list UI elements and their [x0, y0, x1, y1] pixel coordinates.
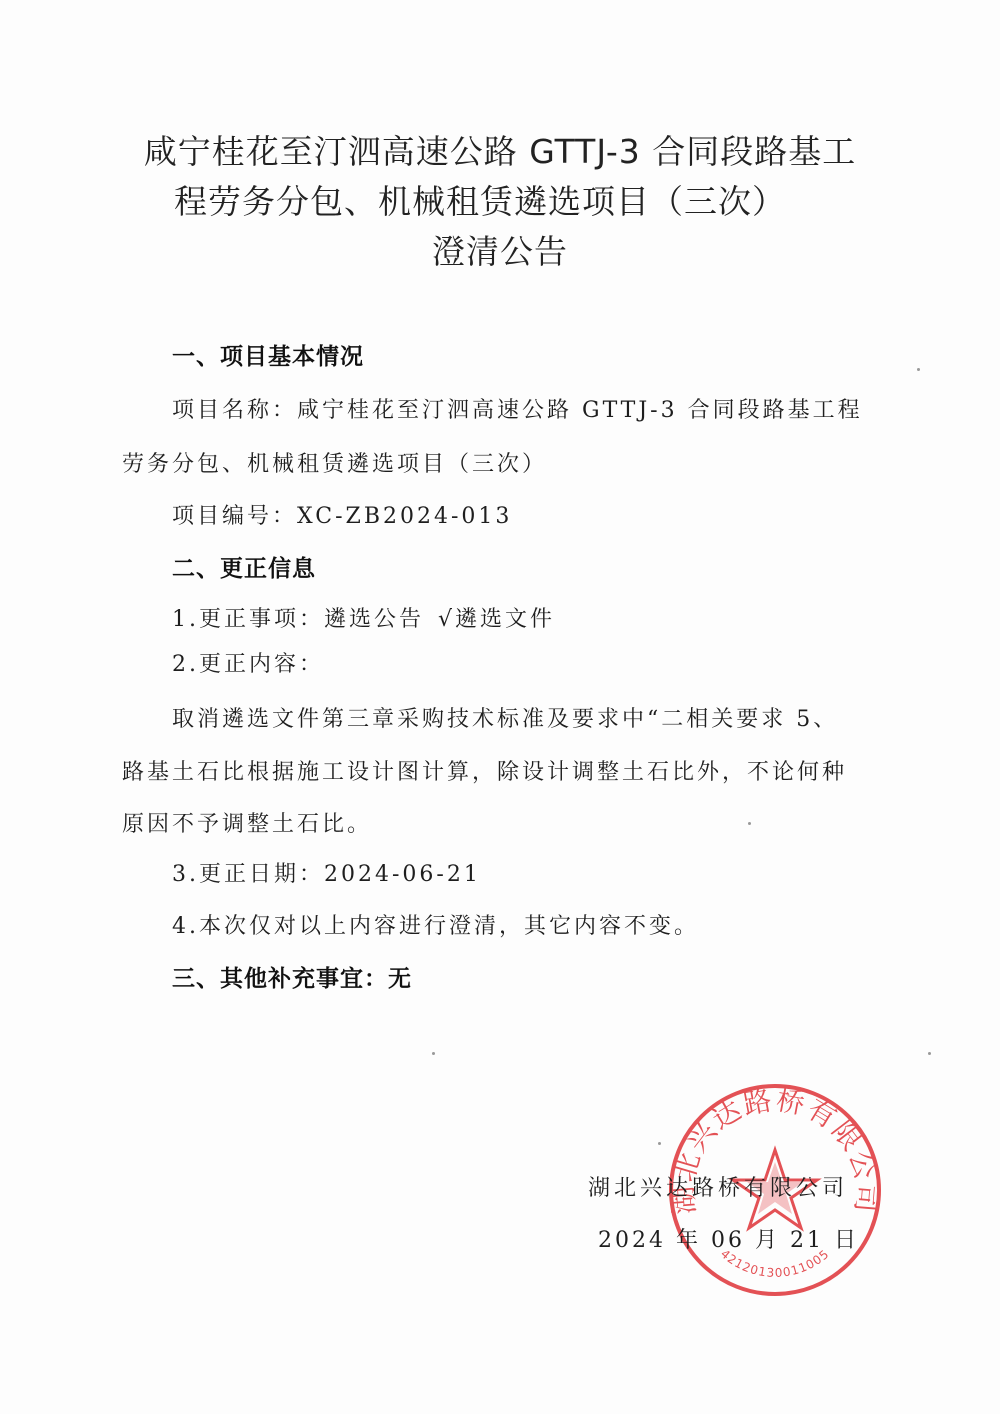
title-line-3: 澄清公告 — [0, 232, 1000, 272]
correction-content-line1: 取消遴选文件第三章采购技术标准及要求中“二相关要求 5、 — [172, 705, 838, 735]
section2-heading: 二、更正信息 — [172, 554, 316, 584]
correction-content-line3: 原因不予调整土石比。 — [122, 810, 372, 840]
correction-item-1-label: 1.更正事项：遴选公告 — [172, 607, 424, 632]
signature-date: 2024 年 06 月 21 日 — [598, 1226, 859, 1256]
project-name-line2: 劳务分包、机械租赁遴选项目（三次） — [122, 450, 547, 480]
correction-item-4: 4.本次仅对以上内容进行澄清，其它内容不变。 — [172, 912, 699, 942]
scan-speck — [917, 368, 920, 371]
scan-speck — [748, 822, 751, 825]
title-line-1: 咸宁桂花至汀泗高速公路 GTTJ-3 合同段路基工 — [0, 132, 1000, 172]
document-page: 咸宁桂花至汀泗高速公路 GTTJ-3 合同段路基工 程劳务分包、机械租赁遴选项目… — [0, 0, 1000, 1414]
section1-heading: 一、项目基本情况 — [172, 342, 364, 372]
title-line-2: 程劳务分包、机械租赁遴选项目（三次） — [0, 182, 980, 222]
correction-item-1: 1.更正事项：遴选公告√遴选文件 — [172, 605, 555, 635]
section3-heading: 三、其他补充事宜：无 — [172, 964, 412, 994]
project-number: 项目编号：XC-ZB2024-013 — [172, 502, 512, 532]
scan-speck — [432, 1052, 435, 1055]
correction-item-2: 2.更正内容： — [172, 650, 324, 680]
correction-content-line2: 路基土石比根据施工设计图计算，除设计调整土石比外，不论何种 — [122, 758, 847, 788]
correction-item-1-checked: √遴选文件 — [438, 607, 555, 632]
project-name-line1: 项目名称：咸宁桂花至汀泗高速公路 GTTJ-3 合同段路基工程 — [172, 396, 863, 426]
signature-company: 湖北兴达路桥有限公司 — [588, 1174, 848, 1204]
scan-speck — [658, 1142, 661, 1145]
scan-speck — [928, 1052, 931, 1055]
correction-item-3: 3.更正日期：2024-06-21 — [172, 860, 481, 890]
